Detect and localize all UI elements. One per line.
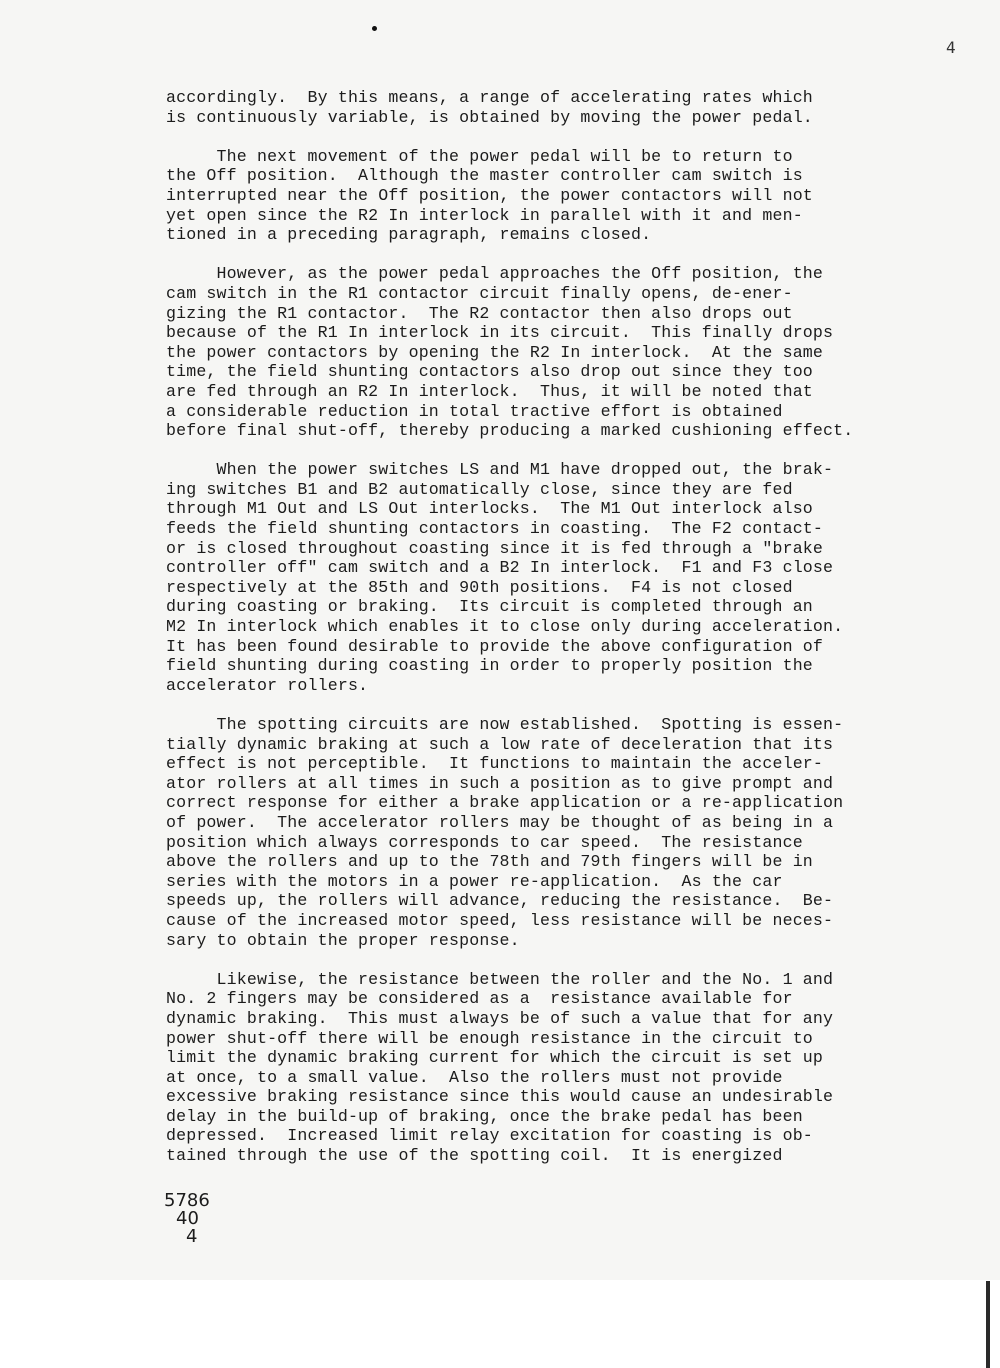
text-line: respectively at the 85th and 90th positi… xyxy=(166,578,966,598)
text-line: is continuously variable, is obtained by… xyxy=(166,108,966,128)
ink-speck xyxy=(372,26,377,31)
text-line: before final shut-off, thereby producing… xyxy=(166,421,966,441)
paragraph: Likewise, the resistance between the rol… xyxy=(166,970,966,1166)
text-line: position which always corresponds to car… xyxy=(166,833,966,853)
text-line: accordingly. By this means, a range of a… xyxy=(166,88,966,108)
text-line: through M1 Out and LS Out interlocks. Th… xyxy=(166,499,966,519)
text-line: time, the field shunting contactors also… xyxy=(166,362,966,382)
text-line: No. 2 fingers may be considered as a res… xyxy=(166,989,966,1009)
text-line: effect is not perceptible. It functions … xyxy=(166,754,966,774)
text-line: yet open since the R2 In interlock in pa… xyxy=(166,206,966,226)
text-line: field shunting during coasting in order … xyxy=(166,656,966,676)
scan-edge-bar xyxy=(986,1281,990,1368)
text-line: at once, to a small value. Also the roll… xyxy=(166,1068,966,1088)
text-line: tained through the use of the spotting c… xyxy=(166,1146,966,1166)
text-line: ator rollers at all times in such a posi… xyxy=(166,774,966,794)
text-line: tially dynamic braking at such a low rat… xyxy=(166,735,966,755)
text-line: interrupted near the Off position, the p… xyxy=(166,186,966,206)
page-number-mark: 4 xyxy=(946,38,956,57)
text-line: above the rollers and up to the 78th and… xyxy=(166,852,966,872)
paragraph: The spotting circuits are now establishe… xyxy=(166,715,966,950)
text-line: cam switch in the R1 contactor circuit f… xyxy=(166,284,966,304)
text-line: gizing the R1 contactor. The R2 contacto… xyxy=(166,304,966,324)
text-line: because of the R1 In interlock in its ci… xyxy=(166,323,966,343)
text-line: of power. The accelerator rollers may be… xyxy=(166,813,966,833)
text-line: tioned in a preceding paragraph, remains… xyxy=(166,225,966,245)
text-line: ing switches B1 and B2 automatically clo… xyxy=(166,480,966,500)
document-body: accordingly. By this means, a range of a… xyxy=(166,88,966,1185)
text-line: correct response for either a brake appl… xyxy=(166,793,966,813)
text-line: power shut-off there will be enough resi… xyxy=(166,1029,966,1049)
paragraph: However, as the power pedal approaches t… xyxy=(166,264,966,440)
text-line: depressed. Increased limit relay excitat… xyxy=(166,1126,966,1146)
text-line: feeds the field shunting contactors in c… xyxy=(166,519,966,539)
doc-code-line-3: 4 xyxy=(164,1228,210,1246)
text-line: or is closed throughout coasting since i… xyxy=(166,539,966,559)
paragraph: When the power switches LS and M1 have d… xyxy=(166,460,966,695)
text-line: However, as the power pedal approaches t… xyxy=(166,264,966,284)
text-line: accelerator rollers. xyxy=(166,676,966,696)
text-line: delay in the build-up of braking, once t… xyxy=(166,1107,966,1127)
document-code: 5786 40 4 xyxy=(164,1192,210,1246)
text-line: The next movement of the power pedal wil… xyxy=(166,147,966,167)
text-line: M2 In interlock which enables it to clos… xyxy=(166,617,966,637)
text-line: cause of the increased motor speed, less… xyxy=(166,911,966,931)
text-line: excessive braking resistance since this … xyxy=(166,1087,966,1107)
text-line: the Off position. Although the master co… xyxy=(166,166,966,186)
text-line: a considerable reduction in total tracti… xyxy=(166,402,966,422)
text-line: during coasting or braking. Its circuit … xyxy=(166,597,966,617)
text-line: It has been found desirable to provide t… xyxy=(166,637,966,657)
paragraph: The next movement of the power pedal wil… xyxy=(166,147,966,245)
text-line: limit the dynamic braking current for wh… xyxy=(166,1048,966,1068)
page-bottom-margin xyxy=(0,1280,1000,1368)
text-line: The spotting circuits are now establishe… xyxy=(166,715,966,735)
text-line: controller off" cam switch and a B2 In i… xyxy=(166,558,966,578)
text-line: speeds up, the rollers will advance, red… xyxy=(166,891,966,911)
text-line: the power contactors by opening the R2 I… xyxy=(166,343,966,363)
text-line: Likewise, the resistance between the rol… xyxy=(166,970,966,990)
text-line: are fed through an R2 In interlock. Thus… xyxy=(166,382,966,402)
paragraph: accordingly. By this means, a range of a… xyxy=(166,88,966,127)
text-line: dynamic braking. This must always be of … xyxy=(166,1009,966,1029)
text-line: series with the motors in a power re-app… xyxy=(166,872,966,892)
text-line: When the power switches LS and M1 have d… xyxy=(166,460,966,480)
text-line: sary to obtain the proper response. xyxy=(166,931,966,951)
